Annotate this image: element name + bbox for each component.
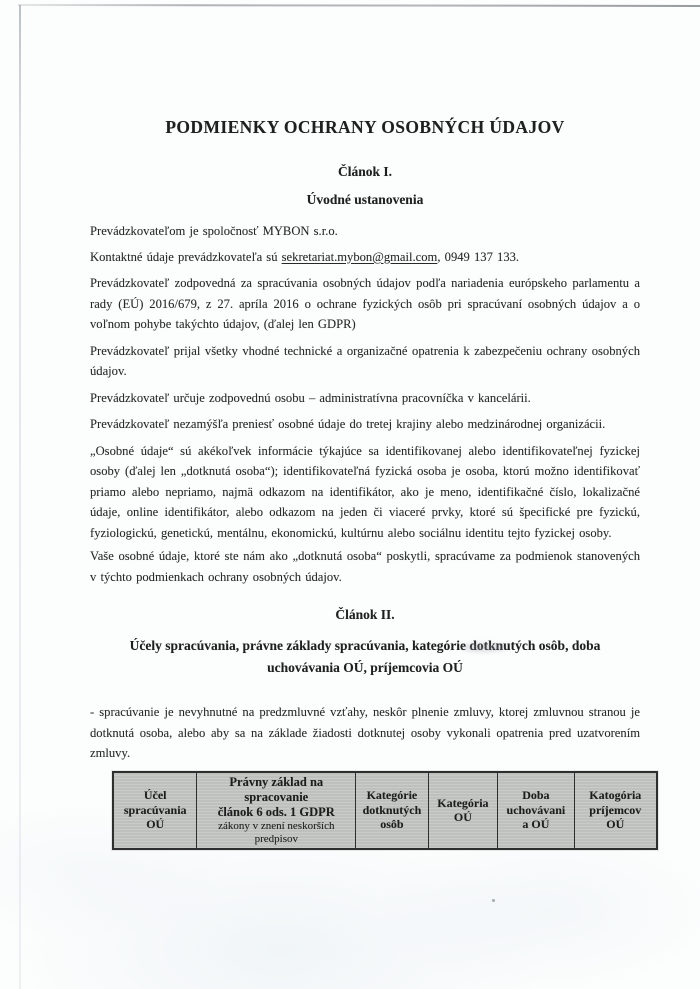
table-header-legal-basis: Právny základ na spracovanie článok 6 od…: [197, 773, 356, 848]
paragraph-your-data: Vaše osobné údaje, ktoré ste nám ako „do…: [90, 546, 640, 587]
table-header-legal-basis-sublabel: zákony v znení neskorších predpisov: [218, 820, 334, 846]
scan-edge-left: [19, 5, 21, 989]
paragraph-personal-data-definition: „Osobné údaje“ sú akékoľvek informácie t…: [90, 441, 640, 544]
contact-prefix: Kontaktné údaje prevádzkovateľa sú: [90, 250, 282, 264]
paragraph-contact: Kontaktné údaje prevádzkovateľa sú sekre…: [90, 247, 640, 268]
processing-purposes-table-header: Účel spracúvania OÚ Právny základ na spr…: [112, 771, 658, 850]
table-header-data-subjects: Kategórie dotknutých osôb: [356, 773, 428, 848]
table-header-purpose: Účel spracúvania OÚ: [114, 773, 197, 848]
table-header-retention-period-label: Doba uchovávani a OÚ: [507, 788, 566, 832]
table-header-retention-period: Doba uchovávani a OÚ: [498, 773, 574, 848]
document-body: PODMIENKY OCHRANY OSOBNÝCH ÚDAJOV Článok…: [90, 0, 640, 850]
contact-suffix: , 0949 137 133.: [437, 250, 519, 264]
table-header-legal-basis-label: Právny základ na spracovanie článok 6 od…: [218, 775, 335, 820]
table-header-data-category: Kategória OÚ: [429, 773, 499, 848]
article-2-heading: Článok II.: [90, 606, 640, 623]
paragraph-responsible-person: Prevádzkovateľ určuje zodpovednú osobu –…: [90, 388, 640, 409]
article-2-subheading: Účely spracúvania, právne základy spracú…: [90, 635, 640, 679]
paragraph-operator: Prevádzkovateľom je spoločnosť MYBON s.r…: [90, 221, 640, 242]
paragraph-third-country: Prevádzkovateľ nezamýšľa preniesť osobné…: [90, 414, 640, 435]
scan-smudge: [462, 643, 506, 652]
scanned-document-page: PODMIENKY OCHRANY OSOBNÝCH ÚDAJOV Článok…: [0, 0, 700, 989]
article-1-subheading: Úvodné ustanovenia: [90, 191, 640, 208]
table-header-recipients-label: Katogória príjemcov OÚ: [589, 788, 641, 832]
table-header-purpose-label: Účel spracúvania OÚ: [124, 788, 187, 832]
table-header-recipients: Katogória príjemcov OÚ: [575, 773, 656, 848]
document-title: PODMIENKY OCHRANY OSOBNÝCH ÚDAJOV: [90, 117, 640, 138]
paragraph-gdpr-regulation: Prevádzkovateľ zodpovedná za spracúvania…: [90, 273, 640, 335]
table-header-data-subjects-label: Kategórie dotknutých osôb: [363, 788, 422, 832]
email-link[interactable]: sekretariat.mybon@gmail.com: [282, 250, 438, 264]
article-1-heading: Článok I.: [90, 163, 640, 180]
table-header-data-category-label: Kategória OÚ: [437, 796, 488, 825]
paragraph-measures: Prevádzkovateľ prijal všetky vhodné tech…: [90, 341, 640, 382]
scan-speck: [492, 899, 495, 902]
paragraph-precontract: - spracúvanie je nevyhnutné na predzmluv…: [90, 702, 640, 764]
